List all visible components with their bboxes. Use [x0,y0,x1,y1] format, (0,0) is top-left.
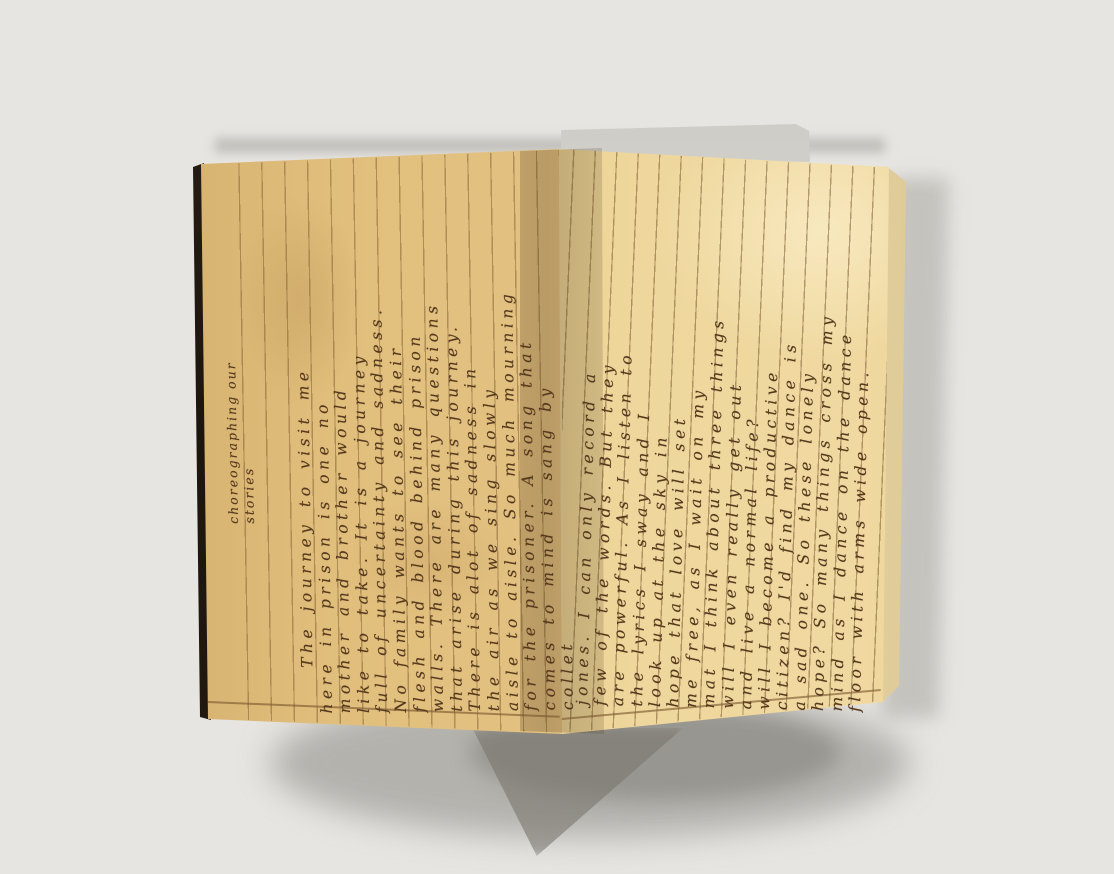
left-page-handwriting: The journey to visit mehere in prison is… [292,180,578,714]
right-page-handwriting: jones. I can only record afew of the wor… [573,189,877,712]
photo-background: choreographing our stories The journey t… [0,0,1114,874]
page-header-handwriting: choreographing our stories [222,308,258,524]
